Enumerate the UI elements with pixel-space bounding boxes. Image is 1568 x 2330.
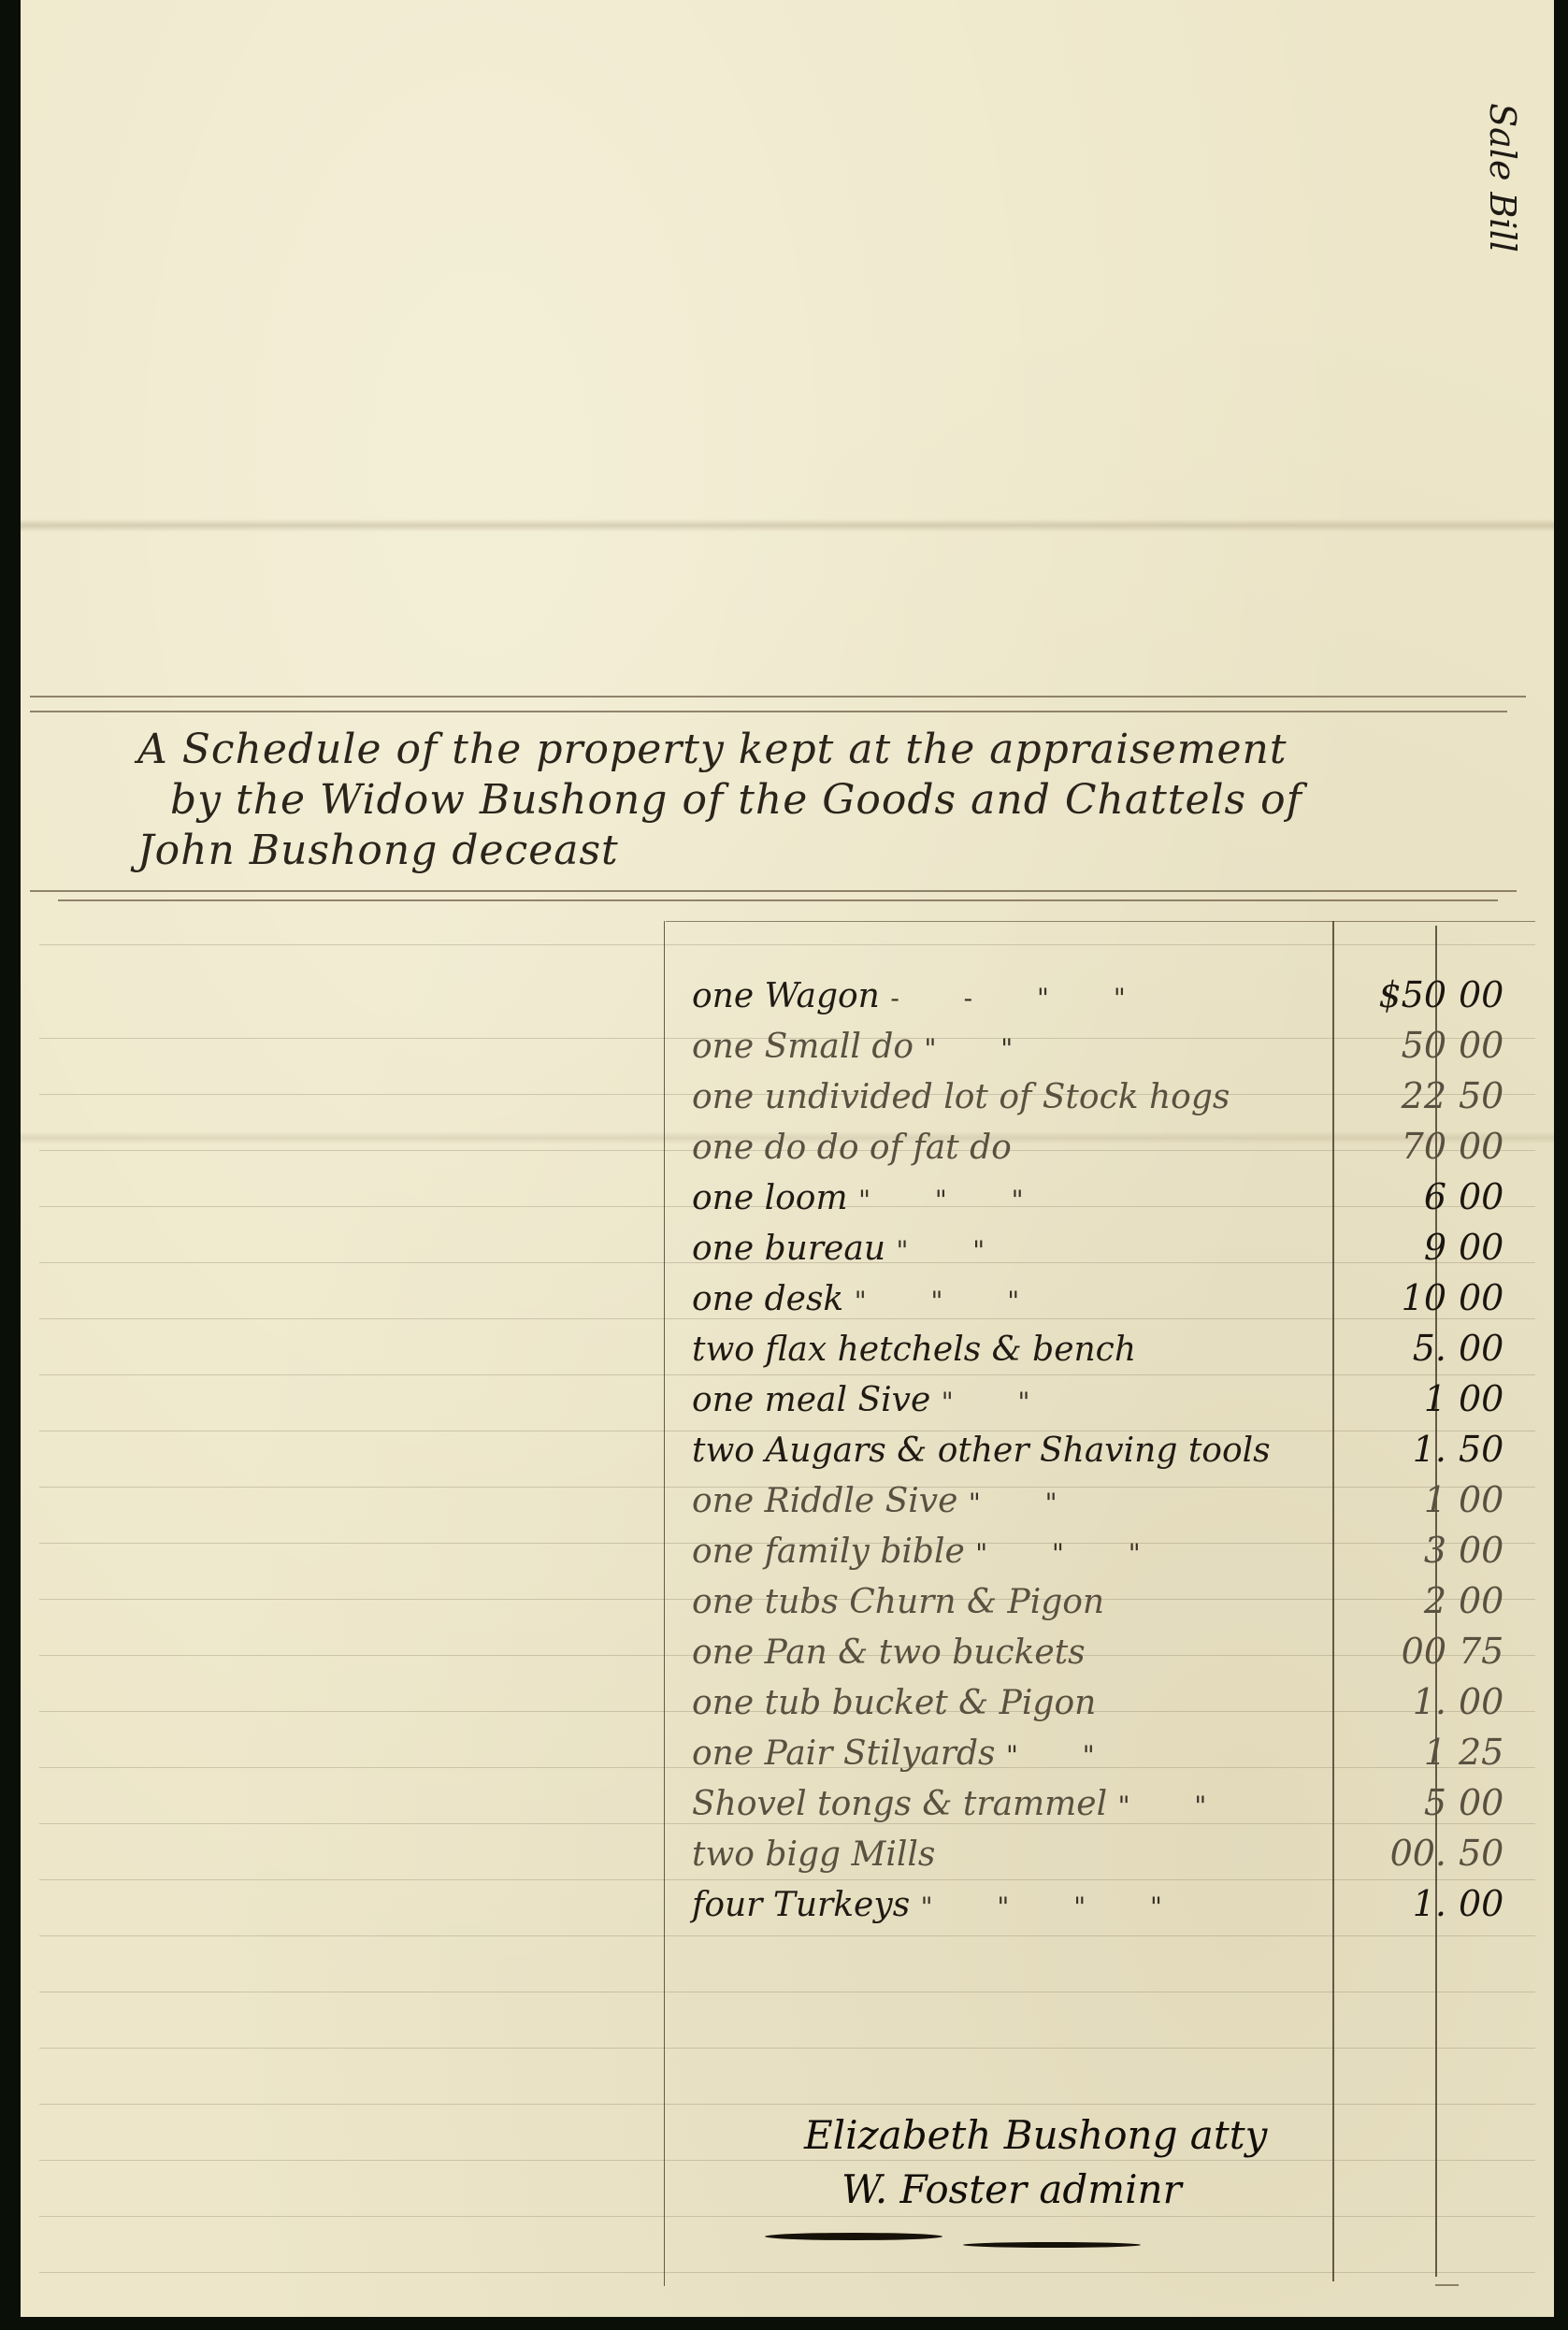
item-cents: 00 xyxy=(1459,1782,1533,1823)
ruled-line xyxy=(39,2104,1535,2105)
item-dollars: 5 xyxy=(1330,1782,1446,1823)
signature-block: Elizabeth Bushong atty W. Foster adminr xyxy=(804,2108,1365,2217)
item-description: one desk " " " xyxy=(692,1280,1328,1318)
table-row: one Small do " " 50 00 xyxy=(666,1023,1535,1073)
ruled-line xyxy=(39,944,1535,945)
item-dollars: 1. xyxy=(1330,1883,1446,1924)
signature-flourish xyxy=(765,2233,942,2240)
item-cents: 00 xyxy=(1459,1025,1533,1066)
item-description: one bureau " " xyxy=(692,1230,1328,1268)
item-cents: 00 xyxy=(1459,1883,1533,1924)
table-row: one do do of fat do 70 00 xyxy=(666,1124,1535,1174)
table-row: one tub bucket & Pigon 1. 00 xyxy=(666,1679,1535,1730)
signature-flourish xyxy=(963,2242,1141,2248)
item-dollars: 22 xyxy=(1330,1075,1446,1116)
item-cents: 50 xyxy=(1459,1075,1533,1116)
table-row: four Turkeys " " " " 1. 00 xyxy=(666,1881,1535,1932)
item-dollars: 00 xyxy=(1330,1631,1446,1672)
item-dollars: $50 xyxy=(1330,974,1446,1015)
header-rule-top-2 xyxy=(30,711,1507,712)
item-dollars: 1 xyxy=(1330,1378,1446,1419)
item-dollars: 10 xyxy=(1330,1277,1446,1318)
ruled-line xyxy=(39,1992,1535,1992)
item-cents: 75 xyxy=(1459,1631,1533,1672)
item-description: one do do of fat do xyxy=(692,1129,1328,1167)
item-description: Shovel tongs & trammel " " xyxy=(692,1785,1328,1823)
signature-w-foster: W. Foster adminr xyxy=(804,2163,1365,2217)
item-dollars: 70 xyxy=(1330,1126,1446,1167)
table-row: one family bible " " " 3 00 xyxy=(666,1528,1535,1578)
item-cents: 00 xyxy=(1459,1227,1533,1268)
table-row: one bureau " " 9 00 xyxy=(666,1225,1535,1275)
item-description: two bigg Mills xyxy=(692,1835,1328,1874)
item-cents: 00 xyxy=(1459,1176,1533,1217)
item-description: one family bible " " " xyxy=(692,1532,1328,1571)
item-description: one meal Sive " " xyxy=(692,1381,1328,1419)
cents-column-foot xyxy=(1435,2284,1459,2286)
property-schedule-table: one Wagon - - " " $50 00 one Small do " … xyxy=(666,972,1535,1932)
table-row: one meal Sive " " 1 00 xyxy=(666,1376,1535,1427)
item-cents: 50 xyxy=(1459,1833,1533,1874)
side-note: Sale Bill xyxy=(1474,51,1531,304)
item-description: four Turkeys " " " " xyxy=(692,1886,1328,1924)
heading-line-3: John Bushong deceast xyxy=(137,826,1540,876)
ruled-line xyxy=(39,2272,1535,2273)
fold-crease xyxy=(21,519,1554,532)
ruled-line xyxy=(39,2048,1535,2049)
item-cents: 00 xyxy=(1459,1580,1533,1621)
table-row: one Riddle Sive " " 1 00 xyxy=(666,1477,1535,1528)
item-dollars: 5. xyxy=(1330,1328,1446,1369)
table-row: one tubs Churn & Pigon 2 00 xyxy=(666,1578,1535,1629)
item-cents: 25 xyxy=(1459,1732,1533,1773)
item-dollars: 50 xyxy=(1330,1025,1446,1066)
table-row: two bigg Mills 00. 50 xyxy=(666,1831,1535,1881)
item-cents: 00 xyxy=(1459,1126,1533,1167)
table-row: one Pair Stilyards " " 1 25 xyxy=(666,1730,1535,1780)
item-description: two flax hetchels & bench xyxy=(692,1330,1328,1369)
header-rule-bottom-2 xyxy=(58,899,1498,901)
header-rule-bottom xyxy=(30,890,1517,892)
item-cents: 00 xyxy=(1459,1479,1533,1520)
item-description: one Pan & two buckets xyxy=(692,1633,1328,1672)
item-dollars: 9 xyxy=(1330,1227,1446,1268)
item-description: one Riddle Sive " " xyxy=(692,1482,1328,1520)
item-cents: 00 xyxy=(1459,1277,1533,1318)
item-dollars: 3 xyxy=(1330,1530,1446,1571)
table-row: one loom " " " 6 00 xyxy=(666,1174,1535,1225)
item-cents: 00 xyxy=(1459,974,1533,1015)
item-description: one loom " " " xyxy=(692,1179,1328,1217)
table-row: Shovel tongs & trammel " " 5 00 xyxy=(666,1780,1535,1831)
table-row: one desk " " " 10 00 xyxy=(666,1275,1535,1326)
item-description: one tub bucket & Pigon xyxy=(692,1684,1328,1722)
item-cents: 00 xyxy=(1459,1681,1533,1722)
table-top-rule xyxy=(666,921,1535,922)
item-dollars: 1 xyxy=(1330,1479,1446,1520)
item-description: two Augars & other Shaving tools xyxy=(692,1431,1328,1470)
side-note-text: Sale Bill xyxy=(1482,103,1523,252)
ruled-line xyxy=(39,1935,1535,1936)
table-row: one Wagon - - " " $50 00 xyxy=(666,972,1535,1023)
table-row: two flax hetchels & bench 5. 00 xyxy=(666,1326,1535,1376)
item-dollars: 00. xyxy=(1330,1833,1446,1874)
item-description: one Small do " " xyxy=(692,1028,1328,1066)
item-dollars: 1 xyxy=(1330,1732,1446,1773)
item-cents: 00 xyxy=(1459,1328,1533,1369)
table-row: two Augars & other Shaving tools 1. 50 xyxy=(666,1427,1535,1477)
heading-line-1: A Schedule of the property kept at the a… xyxy=(137,725,1540,775)
table-row: one undivided lot of Stock hogs 22 50 xyxy=(666,1073,1535,1124)
table-row: one Pan & two buckets 00 75 xyxy=(666,1629,1535,1679)
item-dollars: 1. xyxy=(1330,1681,1446,1722)
item-dollars: 1. xyxy=(1330,1429,1446,1470)
item-description: one Wagon - - " " xyxy=(692,977,1328,1015)
item-description: one Pair Stilyards " " xyxy=(692,1734,1328,1773)
item-cents: 00 xyxy=(1459,1530,1533,1571)
item-dollars: 6 xyxy=(1330,1176,1446,1217)
description-column-rule xyxy=(664,921,665,2286)
heading-line-2: by the Widow Bushong of the Goods and Ch… xyxy=(137,775,1540,826)
item-cents: 00 xyxy=(1459,1378,1533,1419)
item-description: one tubs Churn & Pigon xyxy=(692,1583,1328,1621)
item-dollars: 2 xyxy=(1330,1580,1446,1621)
signature-elizabeth-bushong: Elizabeth Bushong atty xyxy=(804,2108,1365,2163)
item-description: one undivided lot of Stock hogs xyxy=(692,1078,1328,1116)
document-heading: A Schedule of the property kept at the a… xyxy=(137,725,1540,876)
item-cents: 50 xyxy=(1459,1429,1533,1470)
header-rule-top xyxy=(30,696,1526,698)
